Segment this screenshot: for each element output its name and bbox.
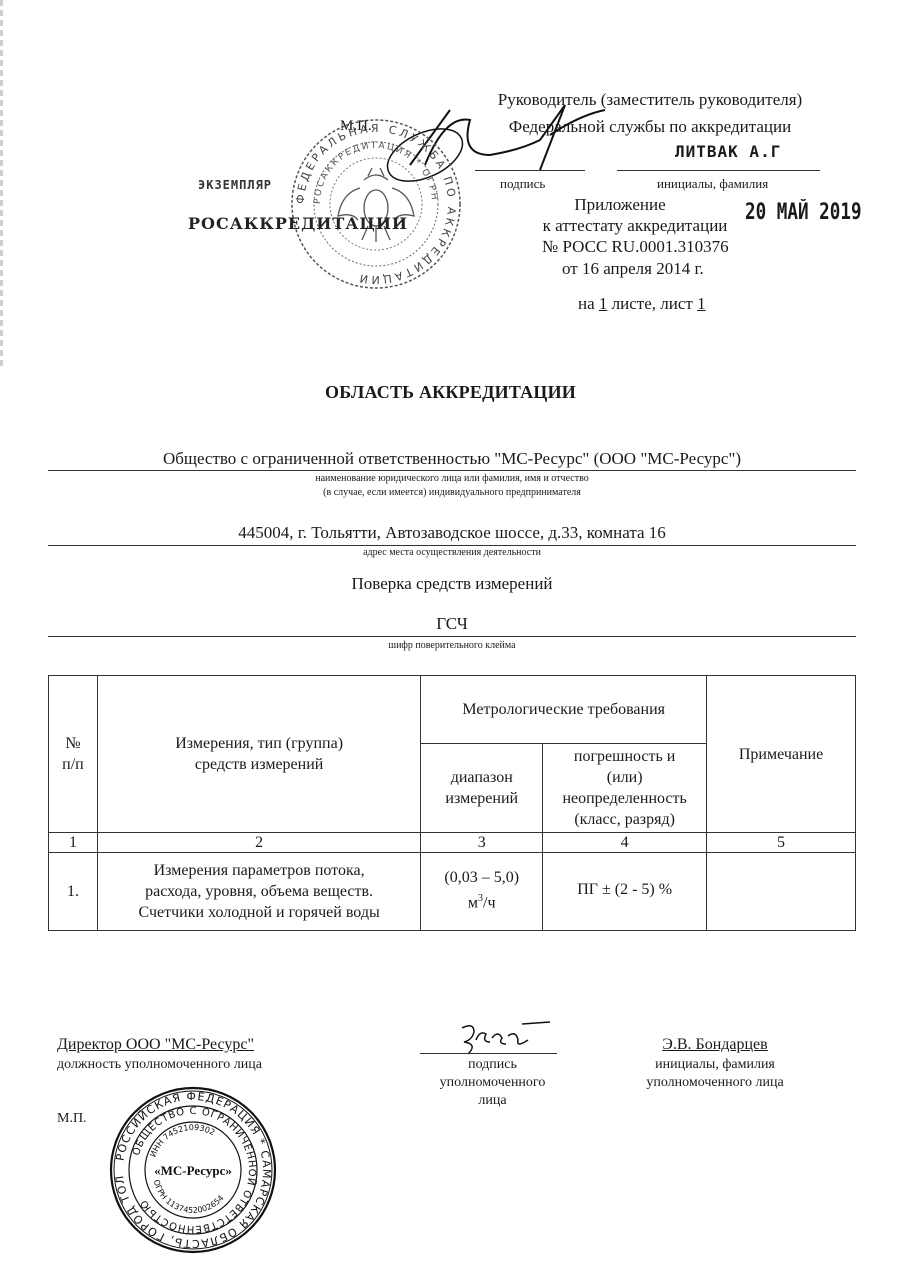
approver-name-stamp: ЛИТВАК А.Г [675,142,781,161]
column-number: 2 [97,833,420,853]
appendix-title: Приложение [520,194,720,216]
activity-type: Поверка средств измерений [48,574,856,594]
copy-stamp-line1: ЭКЗЕМПЛЯР [198,178,272,192]
mark-code-caption: шифр поверительного клейма [48,640,856,651]
mark-code-line [48,636,856,637]
organization-name-caption-2: (в случае, если имеется) индивидуального… [48,487,856,498]
column-number: 4 [543,833,707,853]
organization-name-caption-1: наименование юридического лица или фамил… [48,473,856,484]
column-number: 1 [49,833,98,853]
table-row: 1. Измерения параметров потока, расхода,… [49,853,856,931]
header-note: Примечание [707,676,856,833]
address-caption: адрес места осуществления деятельности [48,547,856,558]
svg-text:ОГРН 1137452002654: ОГРН 1137452002654 [152,1179,226,1215]
page-title: ОБЛАСТЬ АККРЕДИТАЦИИ [0,382,901,403]
sheet-info: на 1 листе, лист 1 [578,293,706,315]
column-number: 5 [707,833,856,853]
sheet-current: 1 [697,294,706,313]
signer-seal-label: М.П. [57,1110,87,1128]
copy-stamp-line2: РОСАККРЕДИТАЦИИ [188,214,408,233]
header-error: погрешность и (или) неопределенность (кл… [543,744,707,833]
signer-signature-caption: подпись уполномоченного лица [420,1056,565,1110]
appendix-subtitle: к аттестату аккредитации [520,215,750,237]
signer-name: Э.В. Бондарцев [620,1036,810,1054]
row-error: ПГ ± (2 - 5) % [543,853,707,931]
row-type: Измерения параметров потока, расхода, ур… [97,853,420,931]
name-line [617,170,820,171]
federal-seal-label: М.П. [340,118,372,135]
header-type: Измерения, тип (группа) средств измерени… [97,676,420,833]
column-number: 3 [421,833,543,853]
row-note [707,853,856,931]
accreditation-scope-table: № п/п Измерения, тип (группа) средств из… [48,675,856,931]
organization-address: 445004, г. Тольятти, Автозаводское шоссе… [48,523,856,543]
date-stamp: 20 МАЙ 2019 [745,200,862,225]
certificate-number: № РОСС RU.0001.310376 [542,236,729,258]
table-header-row: № п/п Измерения, тип (группа) средств из… [49,676,856,744]
name-caption: инициалы, фамилия [657,176,768,192]
organization-name-line [48,470,856,471]
signer-signature-line [420,1053,557,1054]
row-num: 1. [49,853,98,931]
organization-seal: РОССИЙСКАЯ ФЕДЕРАЦИЯ * САМАРСКАЯ ОБЛАСТЬ… [108,1085,278,1255]
signer-position: Директор ООО "МС-Ресурс" [57,1036,254,1054]
column-number-row: 1 2 3 4 5 [49,833,856,853]
federal-seal: ФЕДЕРАЛЬНАЯ СЛУЖБА ПО АККРЕДИТАЦИИ РОСАК… [290,118,462,290]
svg-text:«МС-Ресурс»: «МС-Ресурс» [154,1163,232,1178]
address-line [48,545,856,546]
scan-edge [0,0,3,370]
organization-name: Общество с ограниченной ответственностью… [48,449,856,469]
verification-mark-code: ГСЧ [48,614,856,634]
header-range: диапазон измерений [421,744,543,833]
signer-position-caption: должность уполномоченного лица [57,1056,262,1074]
signer-signature [440,1020,560,1056]
header-metrological: Метрологические требования [421,676,707,744]
row-range: (0,03 – 5,0) м3/ч [421,853,543,931]
certificate-date: от 16 апреля 2014 г. [562,258,704,280]
header-num: № п/п [49,676,98,833]
signer-name-caption: инициалы, фамилия уполномоченного лица [620,1056,810,1092]
